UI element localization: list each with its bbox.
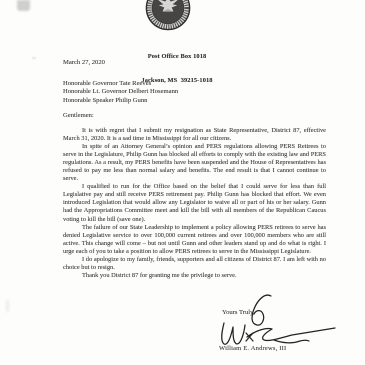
paragraph-qualified-to-run: I qualified to run for the Office based … bbox=[63, 183, 326, 223]
scanned-letter-page: Post Office Box 1018 Jackson, MS 39215-1… bbox=[0, 0, 365, 365]
paragraph-pers-blocked: In spite of an Attorney General’s opinio… bbox=[63, 143, 326, 183]
recipient-lt-governor: Honorable Lt. Governor Delbert Hosemann bbox=[63, 88, 178, 96]
paragraph-thanks: Thank you District 87 for granting me th… bbox=[63, 272, 326, 280]
state-seal-eagle-icon bbox=[145, 0, 191, 31]
paragraph-resignation: It is with regret that I submit my resig… bbox=[63, 127, 326, 143]
recipient-block: Honorable Governor Tate Reeves Honorable… bbox=[63, 80, 178, 105]
paragraph-apology: I do apologize to my family, friends, su… bbox=[63, 256, 326, 272]
handwritten-signature bbox=[214, 288, 339, 350]
recipient-speaker: Honorable Speaker Philip Gunn bbox=[63, 97, 178, 105]
recipient-governor: Honorable Governor Tate Reeves bbox=[63, 80, 178, 88]
signature-name: William E. Andrews, III bbox=[219, 345, 286, 352]
letter-date: March 27, 2020 bbox=[63, 59, 105, 66]
letter-body: It is with regret that I submit my resig… bbox=[63, 127, 326, 280]
scan-artifact bbox=[6, 300, 9, 312]
salutation: Gentlemen: bbox=[63, 112, 94, 119]
scan-artifact bbox=[17, 0, 30, 11]
letterhead-po-box: Post Office Box 1018 bbox=[0, 53, 354, 61]
paragraph-leadership-failure: The failure of our State Leadership to i… bbox=[63, 224, 326, 256]
